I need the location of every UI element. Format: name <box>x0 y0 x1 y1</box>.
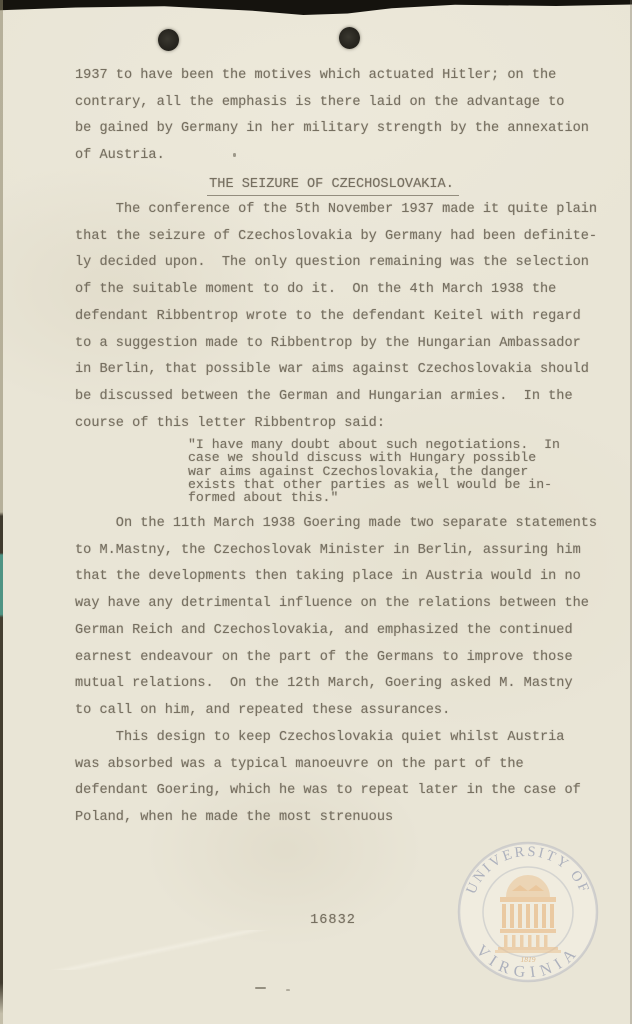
scan-top-edge <box>0 0 632 15</box>
paragraph-goering-assurances: On the 11th March 1938 Goering made two … <box>75 511 591 725</box>
section-heading: THE SEIZURE OF CZECHOSLOVAKIA. <box>207 176 459 196</box>
scan-speck <box>286 989 290 991</box>
punch-hole-left <box>158 29 179 51</box>
scanned-document-page: 1937 to have been the motives which actu… <box>0 0 632 1024</box>
seal-year: 1819 <box>521 955 536 964</box>
paper-crease <box>30 930 290 970</box>
section-heading-row: THE SEIZURE OF CZECHOSLOVAKIA. <box>75 176 591 196</box>
scan-speck <box>255 987 266 989</box>
university-of-virginia-seal-watermark: UNIVERSITY OF VIRGINIA 1819 <box>454 839 602 987</box>
paragraph-conference-ribbentrop: The conference of the 5th November 1937 … <box>75 197 591 437</box>
punch-hole-right <box>339 27 360 49</box>
paragraph-goering-manoeuvre: This design to keep Czechoslovakia quiet… <box>75 725 591 832</box>
scan-left-edge <box>0 0 3 1024</box>
paragraph-austria-annexation: 1937 to have been the motives which actu… <box>75 63 591 170</box>
ribbentrop-quote: "I have many doubt about such negotiatio… <box>188 438 588 504</box>
scan-speck <box>233 153 236 157</box>
